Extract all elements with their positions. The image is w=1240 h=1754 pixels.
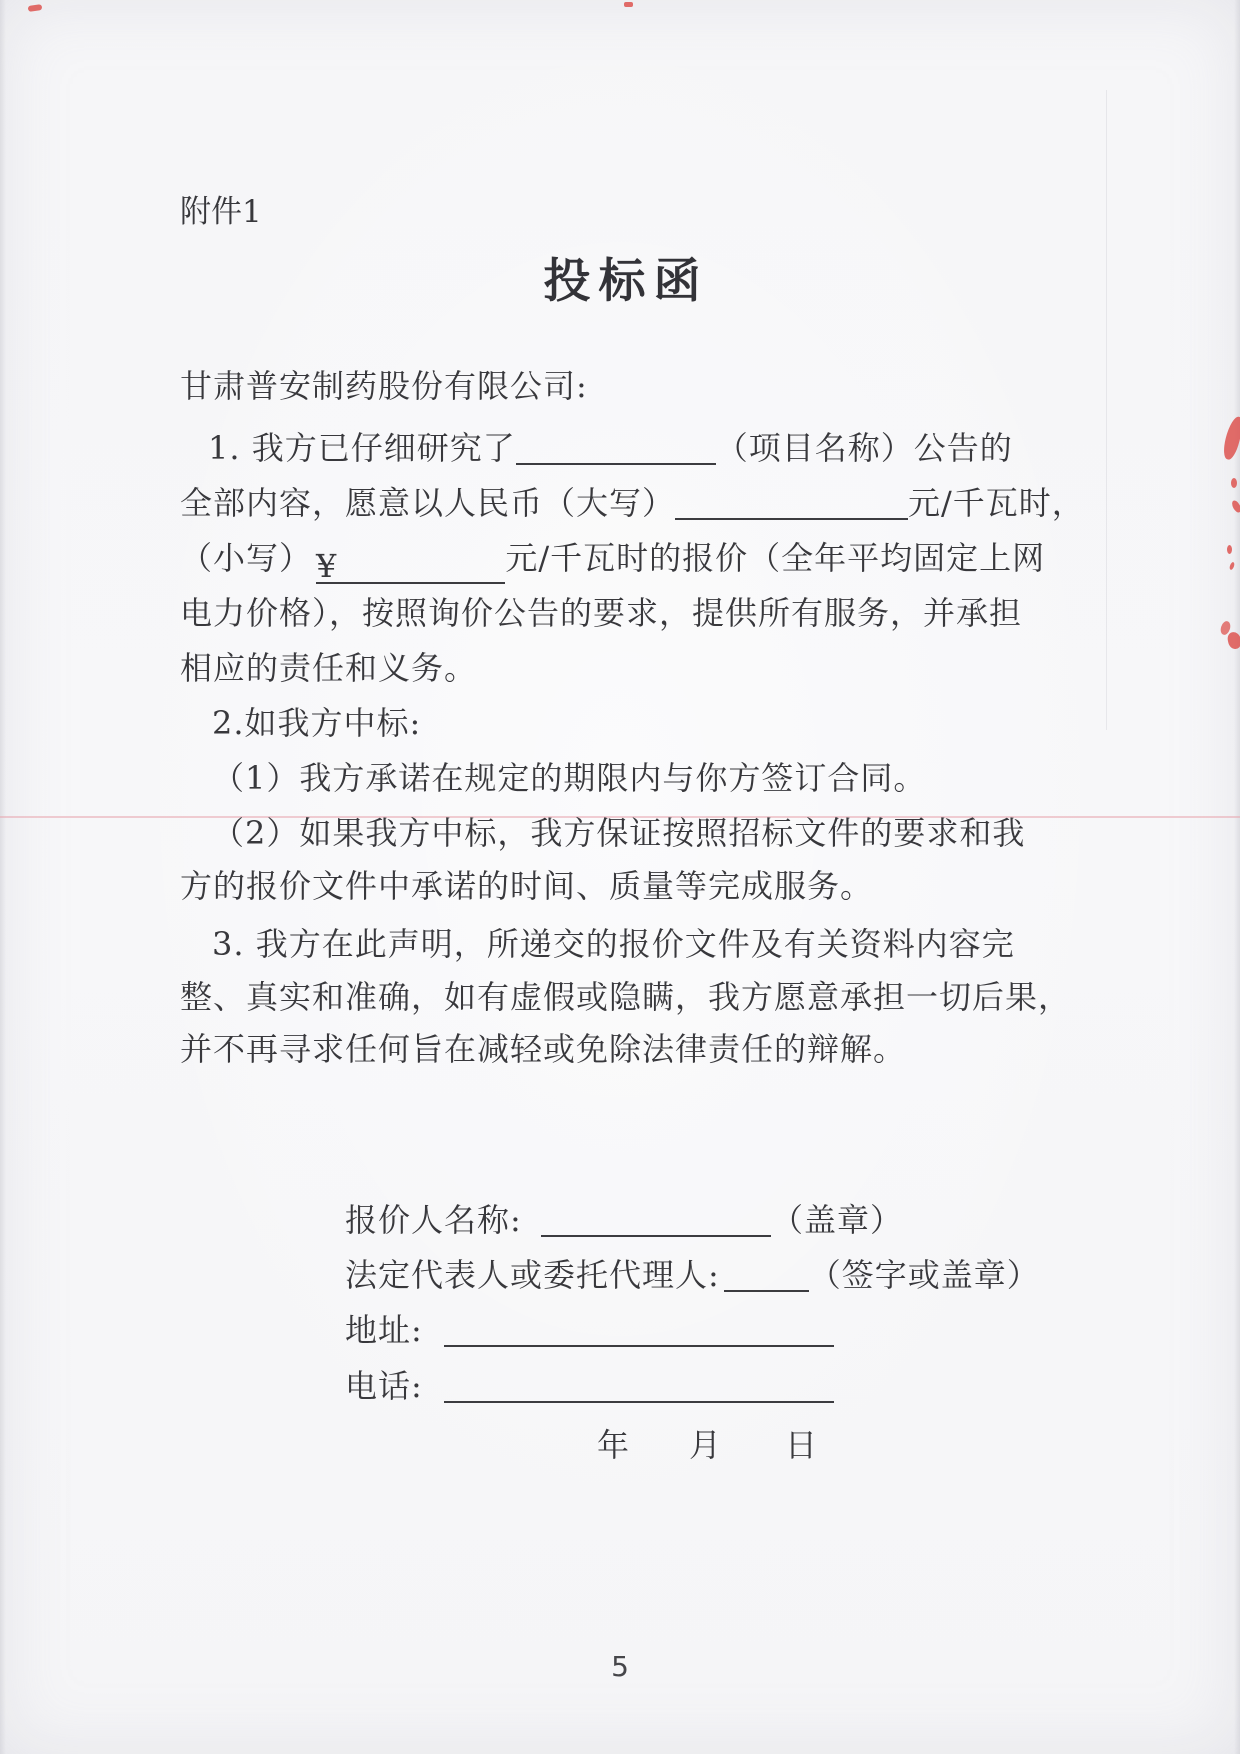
red-stamp-fragment	[1226, 631, 1240, 650]
clause1-line5: 相应的责任和义务。	[180, 648, 1080, 688]
red-stamp-fragment	[624, 2, 633, 7]
seal-note: （盖章）	[771, 1201, 903, 1239]
blank-address	[444, 1315, 834, 1347]
address-label: 地址:	[345, 1311, 423, 1349]
salutation: 甘肃普安制药股份有限公司:	[180, 366, 1080, 406]
address-row: 地址:	[345, 1310, 834, 1350]
blank-amount-in-figures: ¥	[316, 546, 505, 584]
clause1-line2-text: 全部内容，愿意以人民币（大写）	[180, 484, 675, 522]
clause1-line1-suffix: （项目名称）公告的	[716, 429, 1013, 467]
page-number: 5	[0, 1650, 1240, 1683]
blank-legal-rep	[724, 1260, 809, 1292]
clause3-line3: 并不再寻求任何旨在减轻或免除法律责任的辩解。	[180, 1029, 1080, 1069]
blank-bidder-name	[541, 1205, 771, 1237]
clause1-line2-suffix: 元/千瓦时，	[908, 484, 1085, 522]
bidder-name-label: 报价人名称:	[345, 1201, 522, 1239]
clause2-item2-line1: （2）如果我方中标，我方保证按照招标文件的要求和我	[180, 813, 1112, 853]
phone-label: 电话:	[345, 1367, 423, 1405]
red-stamp-fragment	[28, 4, 43, 12]
clause2-item1: （1）我方承诺在规定的期限内与你方签订合同。	[180, 758, 1112, 798]
red-stamp-fragment	[1227, 545, 1232, 554]
bidder-name-row: 报价人名称: （盖章）	[345, 1200, 903, 1240]
red-stamp-fragment	[1231, 478, 1237, 488]
clause3-line1: 3. 我方在此声明，所递交的报价文件及有关资料内容完	[180, 924, 1112, 964]
clause1-line3-suffix: 元/千瓦时的报价（全年平均固定上网	[505, 539, 1045, 577]
scanned-document-page: 附件1 投标函 甘肃普安制药股份有限公司: 1. 我方已仔细研究了（项目名称）公…	[0, 0, 1240, 1754]
date-day-label: 日	[785, 1426, 817, 1464]
attachment-label: 附件1	[180, 186, 262, 231]
document-title: 投标函	[6, 244, 1240, 311]
blank-amount-in-words	[675, 488, 908, 520]
sign-or-seal-note: （签字或盖章）	[809, 1256, 1040, 1294]
legal-rep-row: 法定代表人或委托代理人:（签字或盖章）	[345, 1255, 1040, 1295]
clause2-item2-line2: 方的报价文件中承诺的时间、质量等完成服务。	[180, 866, 1080, 906]
clause3-line2: 整、真实和准确，如有虚假或隐瞒，我方愿意承担一切后果，	[180, 977, 1080, 1017]
clause1-line1: 1. 我方已仔细研究了（项目名称）公告的	[180, 428, 1108, 468]
date-year-label: 年	[597, 1426, 629, 1464]
clause2-heading: 2.如我方中标:	[180, 703, 1112, 743]
phone-row: 电话:	[345, 1366, 834, 1406]
clause1-line3: （小写）¥元/千瓦时的报价（全年平均固定上网	[180, 538, 1080, 584]
clause1-line3-text: （小写）	[180, 539, 312, 577]
clause1-line1-text: 1. 我方已仔细研究了	[208, 429, 516, 467]
clause1-line2: 全部内容，愿意以人民币（大写）元/千瓦时，	[180, 483, 1080, 523]
clause1-line4: 电力价格），按照询价公告的要求，提供所有服务，并承担	[180, 593, 1080, 633]
blank-project-name	[516, 433, 716, 465]
date-month-label: 月	[689, 1426, 721, 1464]
blank-phone	[444, 1371, 834, 1403]
date-row: 年月日	[597, 1420, 817, 1466]
paper-crease	[1106, 90, 1107, 730]
legal-rep-label: 法定代表人或委托代理人:	[345, 1256, 720, 1294]
currency-symbol: ¥	[316, 547, 337, 585]
